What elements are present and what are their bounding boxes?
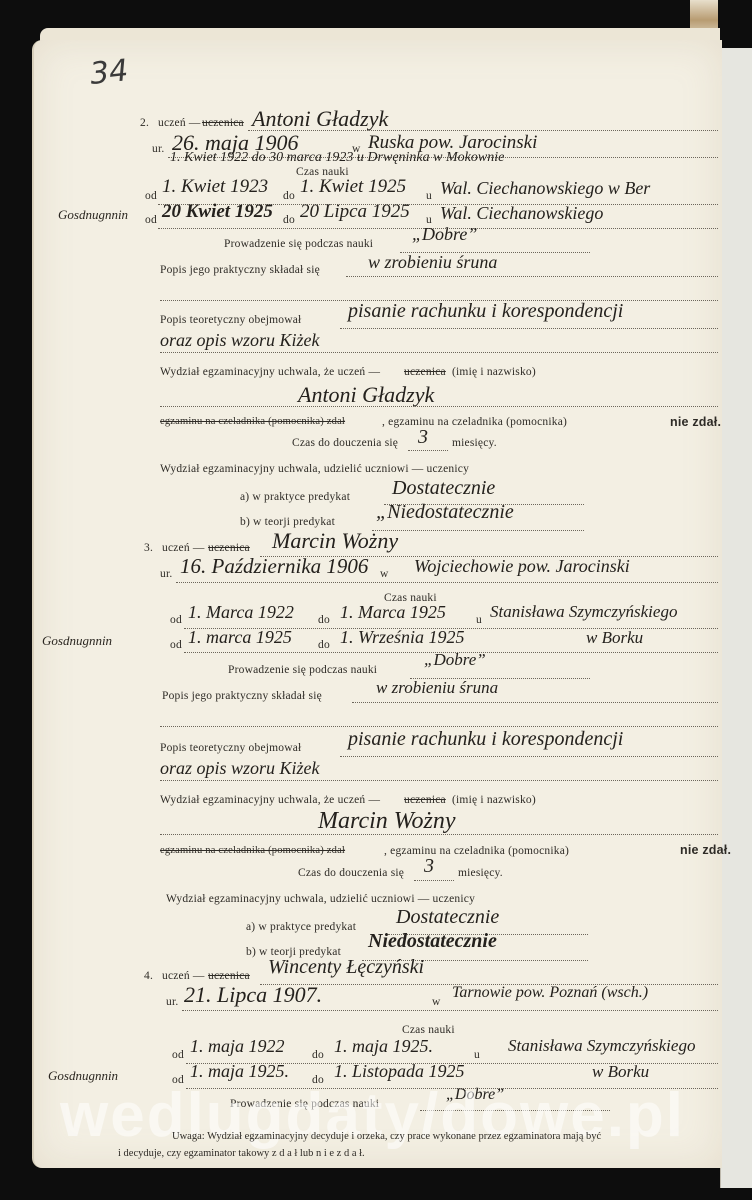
grant-label: Wydział egzaminacyjny uchwala, udzielić … [166, 893, 475, 905]
entry-number: 3. [144, 542, 153, 554]
passed-struck: egzaminu na czeladnika (pomocnika) zdał [160, 845, 345, 856]
student-name: Antoni Gładzyk [252, 106, 388, 132]
period2-to: 1. Listopada 1925 [334, 1061, 465, 1082]
passed-struck: egzaminu na czeladnika (pomocnika) zdał [160, 416, 345, 427]
period1-to-label: do [283, 190, 295, 202]
period1-at-label: u [426, 190, 432, 202]
period2-from: 1. maja 1925. [190, 1061, 289, 1082]
period1-from-label: od [145, 190, 157, 202]
born-label: ur. [152, 143, 164, 155]
period2-at: Wal. Ciechanowskiego [440, 203, 603, 224]
extra-time-unit: miesięcy. [458, 867, 503, 879]
resolution-suffix: (imię i nazwisko) [452, 794, 536, 806]
period2-from: 1. marca 1925 [188, 627, 292, 648]
period2-to-label: do [283, 214, 295, 226]
conduct-value: „Dobre” [412, 224, 477, 245]
born-place: Wojciechowie pow. Jarocinski [414, 556, 630, 577]
period-note: 1. Kwiet 1922 do 30 marca 1923 u Drwęnin… [170, 150, 504, 166]
period1-at: Stanisława Szymczyńskiego [490, 602, 677, 622]
grant-label: Wydział egzaminacyjny uchwala, udzielić … [160, 463, 469, 475]
theory-label: Popis teoretyczny obejmował [160, 742, 301, 754]
resolution-name: Antoni Gładzyk [298, 382, 434, 408]
period1-from: 1. maja 1922 [190, 1036, 285, 1057]
adjacent-page-edge [720, 48, 752, 1188]
period2-from-label: od [170, 639, 182, 651]
result-text: , egzaminu na czeladnika (pomocnika) [384, 845, 569, 857]
period1-to: 1. Kwiet 1925 [300, 176, 406, 198]
result-status: nie zdał. [680, 843, 731, 857]
theory-line1: pisanie rachunku i korespondencji [348, 728, 623, 751]
extra-time-label: Czas do douczenia się [292, 437, 398, 449]
resolution-struck: uczenica [404, 794, 446, 806]
student-name: Marcin Wożny [272, 528, 398, 554]
grade-b-value: „Niedostatecznie [376, 501, 514, 524]
period1-at: Stanisława Szymczyńskiego [508, 1036, 695, 1056]
period1-from: 1. Kwiet 1923 [162, 176, 268, 198]
grade-a-label: a) w praktyce predykat [240, 491, 350, 503]
conduct-label: Prowadzenie się podczas nauki [224, 238, 373, 250]
period1-at-label: u [474, 1049, 480, 1061]
period2-to: 20 Lipca 1925 [300, 201, 410, 223]
practical-value: w zrobieniu śruna [368, 252, 497, 273]
period1-to: 1. maja 1925. [334, 1036, 433, 1057]
footer-note-line2: i decyduje, czy egzaminator takowy z d a… [118, 1148, 365, 1159]
result-status: nie zdał. [670, 415, 721, 429]
footer-note-line1: Uwaga: Wydział egzaminacyjny decyduje i … [172, 1131, 601, 1142]
grade-b-label: b) w teorji predykat [240, 516, 335, 528]
result-text: , egzaminu na czeladnika (pomocnika) [382, 416, 567, 428]
period1-to: 1. Marca 1925 [340, 602, 446, 623]
practical-value: w zrobieniu śruna [376, 678, 498, 698]
period2-prefix: Gosdnugnnin [58, 207, 128, 223]
conduct-value: „Dobre” [424, 650, 486, 670]
conduct-label: Prowadzenie się podczas nauki [228, 664, 377, 676]
period2-to-label: do [318, 639, 330, 651]
uczenica-struck: uczenica [208, 970, 250, 982]
theory-line2: oraz opis wzoru Kiżek [160, 330, 320, 351]
period2-from-label: od [145, 214, 157, 226]
born-place-label: w [380, 568, 389, 580]
period2-at: w Borku [586, 628, 643, 648]
uczen-label: uczeń — [158, 117, 201, 129]
period2-at: w Borku [592, 1062, 649, 1082]
uczen-label: uczeń — [162, 542, 205, 554]
extra-time-value: 3 [418, 426, 428, 449]
born-label: ur. [166, 996, 178, 1008]
theory-label: Popis teoretyczny obejmował [160, 314, 301, 326]
grade-b-value: Niedostatecznie [368, 930, 497, 953]
period1-from-label: od [172, 1049, 184, 1061]
period1-at-label: u [476, 614, 482, 626]
born-date: 21. Lipca 1907. [184, 982, 322, 1008]
resolution-struck: uczenica [404, 366, 446, 378]
uczenica-struck: uczenica [202, 117, 244, 129]
extra-time-label: Czas do douczenia się [298, 867, 404, 879]
theory-line2: oraz opis wzoru Kiżek [160, 758, 320, 779]
entry-number: 4. [144, 970, 153, 982]
resolution-label: Wydział egzaminacyjny uchwala, że uczeń … [160, 366, 380, 378]
grade-a-value: Dostatecznie [396, 906, 499, 929]
grade-a-value: Dostatecznie [392, 477, 495, 500]
grade-a-label: a) w praktyce predykat [246, 921, 356, 933]
theory-line1: pisanie rachunku i korespondencji [348, 300, 623, 323]
page-number: 34 [88, 53, 130, 92]
period1-from-label: od [170, 614, 182, 626]
born-place: Tarnowie pow. Poznań (wsch.) [452, 984, 648, 1002]
period2-to: 1. Września 1925 [340, 627, 465, 648]
czas-nauki-label: Czas nauki [402, 1024, 455, 1036]
resolution-name: Marcin Wożny [318, 808, 456, 835]
uczen-label: uczeń — [162, 970, 205, 982]
resolution-suffix: (imię i nazwisko) [452, 366, 536, 378]
extra-time-unit: miesięcy. [452, 437, 497, 449]
born-label: ur. [160, 568, 172, 580]
period1-to-label: do [318, 614, 330, 626]
practical-label: Popis jego praktyczny składał się [162, 690, 322, 702]
uczenica-struck: uczenica [208, 542, 250, 554]
period1-from: 1. Marca 1922 [188, 602, 294, 623]
practical-label: Popis jego praktyczny składał się [160, 264, 320, 276]
period2-prefix: Gosdnugnnin [42, 633, 112, 649]
student-name: Wincenty Łęczyński [268, 956, 424, 979]
period2-from: 20 Kwiet 1925 [162, 201, 273, 223]
born-date: 16. Października 1906 [180, 554, 368, 579]
period1-to-label: do [312, 1049, 324, 1061]
period1-at: Wal. Ciechanowskiego w Ber [440, 178, 650, 199]
extra-time-value: 3 [424, 855, 434, 878]
entry-number: 2. [140, 117, 149, 129]
resolution-label: Wydział egzaminacyjny uchwala, że uczeń … [160, 794, 380, 806]
born-place-label: w [432, 996, 441, 1008]
